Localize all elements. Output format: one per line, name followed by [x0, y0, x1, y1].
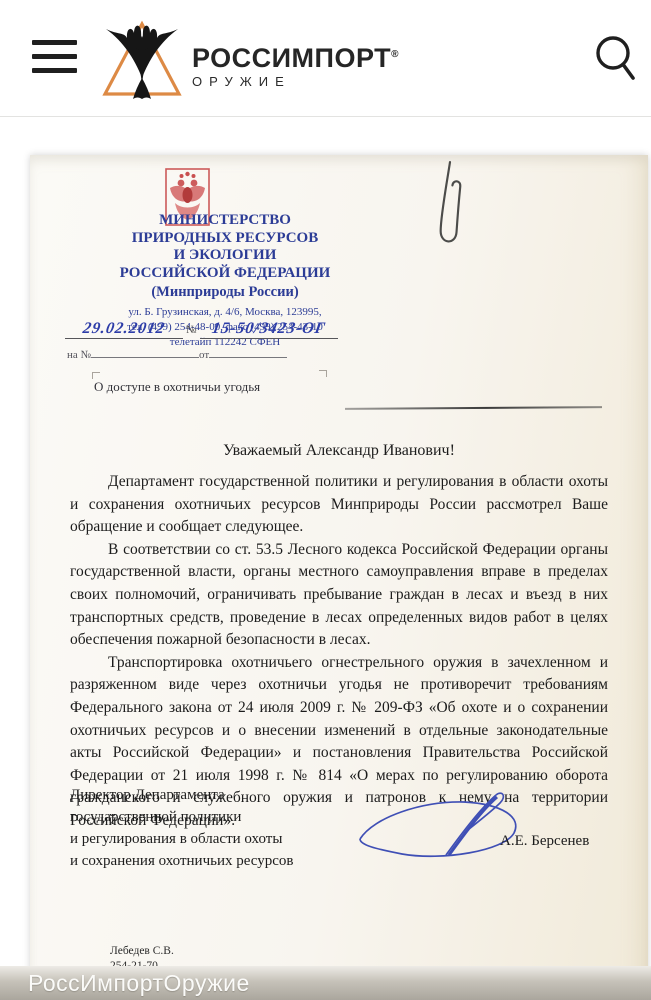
letter-scan[interactable]: МИНИСТЕРСТВО ПРИРОДНЫХ РЕСУРСОВ И ЭКОЛОГ… — [30, 155, 648, 987]
ministry-line: ПРИРОДНЫХ РЕСУРСОВ — [40, 230, 410, 248]
letter-body: Департамент государственной политики и р… — [70, 471, 608, 833]
salutation: Уважаемый Александр Иванович! — [70, 442, 608, 460]
reply-reference-row: на №от — [67, 346, 367, 361]
search-icon[interactable] — [592, 32, 640, 84]
hamburger-menu-icon[interactable] — [32, 40, 77, 74]
number-sign: № — [186, 324, 197, 336]
paragraph: Департамент государственной политики и р… — [70, 471, 608, 539]
ministry-line: РОССИЙСКОЙ ФЕДЕРАЦИИ — [40, 265, 410, 283]
caption-text: РоссИмпортОружие — [28, 970, 250, 997]
header-divider — [0, 116, 651, 117]
subject-line: О доступе в охотничьи угодья — [94, 379, 260, 395]
reply-label-right: от — [199, 349, 209, 361]
reference-row: 29.02.2012№15-50/3423-ОГ — [65, 320, 395, 344]
address-corner-mark-right — [319, 370, 327, 377]
brand-text: РОССИМПОРТ® ОРУЖИЕ — [192, 41, 399, 89]
brand-subtitle: ОРУЖИЕ — [192, 74, 399, 89]
ministry-name: МИНИСТЕРСТВО ПРИРОДНЫХ РЕСУРСОВ И ЭКОЛОГ… — [40, 212, 410, 282]
executor-name: Лебедев С.В. — [110, 944, 174, 959]
hamburger-bar — [32, 40, 77, 45]
paperclip-icon — [422, 157, 464, 253]
handwritten-number: 15-50/3423-ОГ — [200, 320, 338, 339]
ministry-line: И ЭКОЛОГИИ — [40, 247, 410, 265]
signer-name: А.Е. Берсенев — [500, 833, 589, 850]
ministry-short-name: (Минприроды России) — [40, 284, 410, 301]
site-header: РОССИМПОРТ® ОРУЖИЕ — [0, 0, 651, 116]
paragraph: В соответствии со ст. 53.5 Лесного кодек… — [70, 539, 608, 652]
addressee-line — [345, 406, 602, 410]
registered-mark: ® — [391, 49, 399, 60]
address-corner-mark-left — [92, 372, 100, 379]
brand-logo[interactable]: РОССИМПОРТ® ОРУЖИЕ — [100, 12, 399, 104]
reply-blank — [209, 346, 287, 358]
brand-name: РОССИМПОРТ® — [192, 41, 399, 72]
ministry-line: МИНИСТЕРСТВО — [40, 212, 410, 230]
signature-scribble — [350, 789, 548, 869]
hamburger-bar — [32, 68, 77, 73]
bottom-caption-bar: РоссИмпортОружие — [0, 966, 651, 1000]
address-line: ул. Б. Грузинская, д. 4/6, Москва, 12399… — [40, 305, 410, 320]
reply-blank — [91, 346, 199, 358]
handwritten-date: 29.02.2012 — [65, 320, 183, 339]
eagle-triangle-logo-icon — [100, 14, 184, 102]
page: РОССИМПОРТ® ОРУЖИЕ МИНИСТЕРСТВО ПРИРОДНЫ… — [0, 0, 651, 1000]
hamburger-bar — [32, 54, 77, 59]
reply-label-left: на № — [67, 349, 91, 361]
